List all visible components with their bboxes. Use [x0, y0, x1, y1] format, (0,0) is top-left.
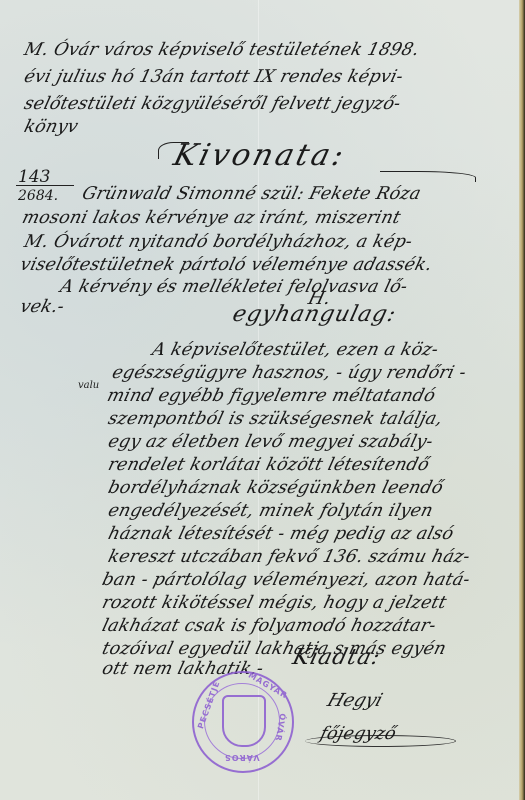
resolution-line-10: kereszt utczában fekvő 136. számu ház-	[106, 547, 472, 567]
reference-divider	[16, 185, 74, 186]
header-line-2: évi julius hó 13án tartott IX rendes kép…	[22, 67, 405, 87]
paper-edge	[519, 0, 525, 800]
resolution-line-7: bordélyháznak községünkben leendő	[106, 478, 445, 498]
body-line-6: vek.-	[18, 297, 66, 317]
body-line-5: A kérvény és mellékletei felolvasva lő-	[58, 277, 410, 297]
reference-sub-number: 2684.	[18, 188, 58, 204]
official-stamp: PECSÉTJE MAGYAR ÓVÁR VÁROS	[192, 671, 294, 773]
resolution-line-13: lakházat csak is folyamodó hozzátar-	[100, 616, 438, 636]
body-line-4: viselőtestületnek pártoló véleménye adas…	[18, 255, 434, 275]
resolution-line-14: tozóival egyedül lakhatja s más egyén	[100, 639, 448, 659]
header-line-3: selőtestületi közgyüléséről felvett jegy…	[22, 94, 403, 114]
name-flourish	[380, 171, 476, 182]
stamp-text-bottom: VÁROS	[224, 753, 260, 762]
resolution-line-11: ban - pártolólag véleményezi, azon hatá-	[100, 570, 472, 590]
resolution-line-5: egy az életben levő megyei szabály-	[106, 432, 435, 452]
decision-heading: egyhangulag:	[230, 302, 399, 327]
resolution-line-6: rendelet korlátai között létesítendő	[106, 455, 431, 475]
header-line-4: könyv	[22, 117, 80, 137]
reference-number: 143	[18, 167, 50, 187]
body-line-2: mosoni lakos kérvénye az iránt, miszerin…	[20, 208, 403, 228]
resolution-line-3: mind egyébb figyelemre méltatandó	[105, 386, 437, 406]
body-line-1: Grünwald Simonné szül: Fekete Róza	[80, 184, 423, 204]
resolution-line-12: rozott kikötéssel mégis, hogy a jelzett	[100, 593, 449, 613]
resolution-line-4: szempontból is szükségesnek találja,	[106, 409, 445, 429]
resolution-line-1: A képviselőtestület, ezen a köz-	[150, 340, 441, 360]
stamp-coat-of-arms-icon	[222, 695, 266, 747]
resolution-line-9: háznak létesítését - még pedig az alsó	[106, 524, 456, 544]
header-line-1: M. Óvár város képviselő testületének 189…	[22, 40, 421, 60]
body-line-3: M. Óvárott nyitandó bordélyházhoz, a kép…	[22, 232, 415, 252]
signature-title: főjegyző	[318, 724, 398, 744]
closing-kiadta: Kiadta:	[290, 645, 383, 670]
document-title: Kivonata:	[170, 138, 350, 173]
resolution-line-2: egészségügyre hasznos, - úgy rendőri -	[110, 363, 468, 383]
resolution-line-8: engedélyezését, minek folytán ilyen	[106, 501, 435, 521]
signature: Hegyi	[325, 690, 386, 711]
margin-note: valu	[78, 380, 99, 391]
